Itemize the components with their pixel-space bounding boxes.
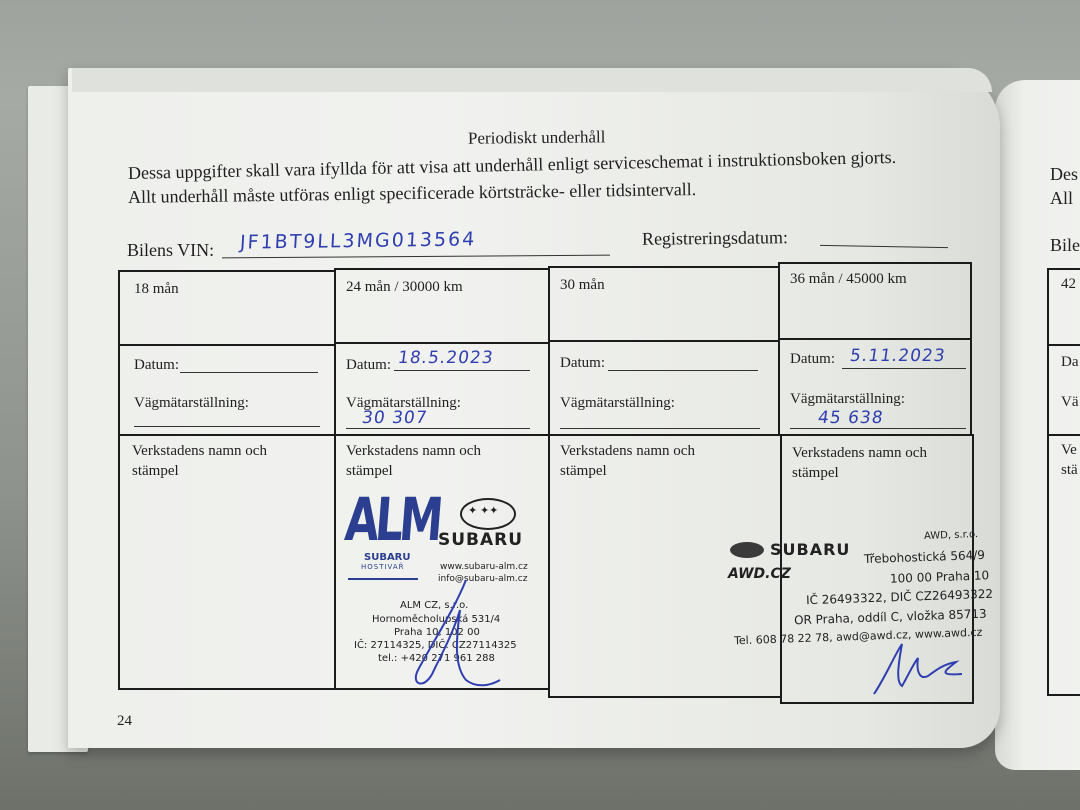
- next-page-intro-2: All: [1050, 188, 1073, 209]
- page-number: 24: [117, 713, 132, 730]
- awd-register: OR Praha, oddíl C, vložka 85713: [794, 607, 987, 628]
- next-page-date-label: Da: [1061, 354, 1079, 371]
- interval-cell-3: 30 mån: [548, 266, 780, 342]
- awd-street: Třebohostická 564/9: [864, 548, 985, 566]
- date-value-4: 5.11.2023: [849, 346, 947, 366]
- next-page-intro-1: Des: [1050, 164, 1078, 185]
- odometer-label-3: Vägmätarställning:: [560, 394, 675, 413]
- signature-icon: [404, 570, 514, 692]
- date-label-4: Datum:: [790, 350, 835, 369]
- date-label-1: Datum:: [134, 356, 179, 375]
- workshop-label-4b: stämpel: [792, 464, 839, 483]
- awd-city: 100 00 Praha 10: [890, 568, 990, 585]
- odometer-value-4: 45 638: [817, 408, 885, 428]
- interval-cell-1: 18 mån: [118, 270, 336, 346]
- awd-company: AWD, s.r.o.: [924, 529, 978, 542]
- workshop-label-2b: stämpel: [346, 462, 393, 481]
- awd-subaru-wordmark: SUBARU: [770, 540, 850, 559]
- interval-cell-2: 24 mån / 30000 km: [334, 268, 550, 344]
- date-label-3: Datum:: [560, 354, 605, 373]
- next-page-odometer-label: Vä: [1061, 394, 1079, 411]
- interval-label-4: 36 mån / 45000 km: [790, 270, 907, 289]
- record-cell-2: Datum: 18.5.2023 Vägmätarställning: 30 3…: [334, 342, 550, 436]
- page-title: Periodiskt underhåll: [468, 127, 606, 148]
- workshop-cell-1: Verkstadens namn och stämpel: [118, 434, 336, 690]
- date-label-2: Datum:: [346, 356, 391, 375]
- subaru-logo-icon: [730, 542, 764, 558]
- next-page-workshop-label-1: Ve: [1061, 442, 1077, 459]
- alm-sub-brand: SUBARU: [364, 552, 411, 563]
- awd-workshop-stamp: SUBARU AWD.CZ AWD, s.r.o. Třebohostická …: [726, 528, 980, 698]
- interval-label-3: 30 mån: [560, 276, 605, 295]
- record-cell-3: Datum: Vägmätarställning:: [548, 340, 780, 436]
- record-cell-1: Datum: Vägmätarställning:: [118, 344, 336, 436]
- next-page-workshop-label-2: stä: [1061, 462, 1078, 479]
- workshop-label-4a: Verkstadens namn och: [792, 444, 927, 463]
- interval-label-2: 24 mån / 30000 km: [346, 278, 463, 297]
- odometer-label-1: Vägmätarställning:: [134, 394, 249, 413]
- interval-cell-4: 36 mån / 45000 km: [778, 262, 972, 340]
- subaru-logo-icon: [460, 498, 516, 530]
- workshop-label-1a: Verkstadens namn och: [132, 442, 267, 461]
- odometer-value-2: 30 307: [361, 408, 429, 428]
- subaru-wordmark: SUBARU: [438, 530, 523, 550]
- interval-label-1: 18 mån: [134, 280, 179, 299]
- next-page-table: 42 Da Vä Ve stä: [1047, 268, 1080, 696]
- vin-label: Bilens VIN:: [127, 240, 214, 261]
- awd-ids: IČ 26493322, DIČ CZ26493322: [806, 587, 993, 608]
- alm-logo: ALM: [343, 486, 442, 555]
- workshop-label-3a: Verkstadens namn och: [560, 442, 695, 461]
- vin-value: JF1BT9LL3MG013564: [239, 228, 476, 253]
- alm-sub-location: HOSTIVAŘ: [361, 563, 405, 571]
- workshop-label-2a: Verkstadens namn och: [346, 442, 481, 461]
- odometer-label-4: Vägmätarställning:: [790, 390, 905, 409]
- record-cell-4: Datum: 5.11.2023 Vägmätarställning: 45 6…: [778, 338, 972, 436]
- signature-icon: [866, 636, 976, 698]
- awd-brand-sub: AWD.CZ: [728, 566, 791, 582]
- workshop-label-1b: stämpel: [132, 462, 179, 481]
- page-edge: [72, 68, 992, 92]
- next-page-interval: 42: [1061, 276, 1076, 293]
- next-page-vin-label: Bile: [1050, 235, 1080, 256]
- date-value-2: 18.5.2023: [397, 348, 495, 368]
- workshop-label-3b: stämpel: [560, 462, 607, 481]
- alm-workshop-stamp: ALM SUBARU HOSTIVAŘ SUBARU www.subaru-al…: [344, 482, 544, 692]
- registration-date-label: Registreringsdatum:: [642, 227, 788, 250]
